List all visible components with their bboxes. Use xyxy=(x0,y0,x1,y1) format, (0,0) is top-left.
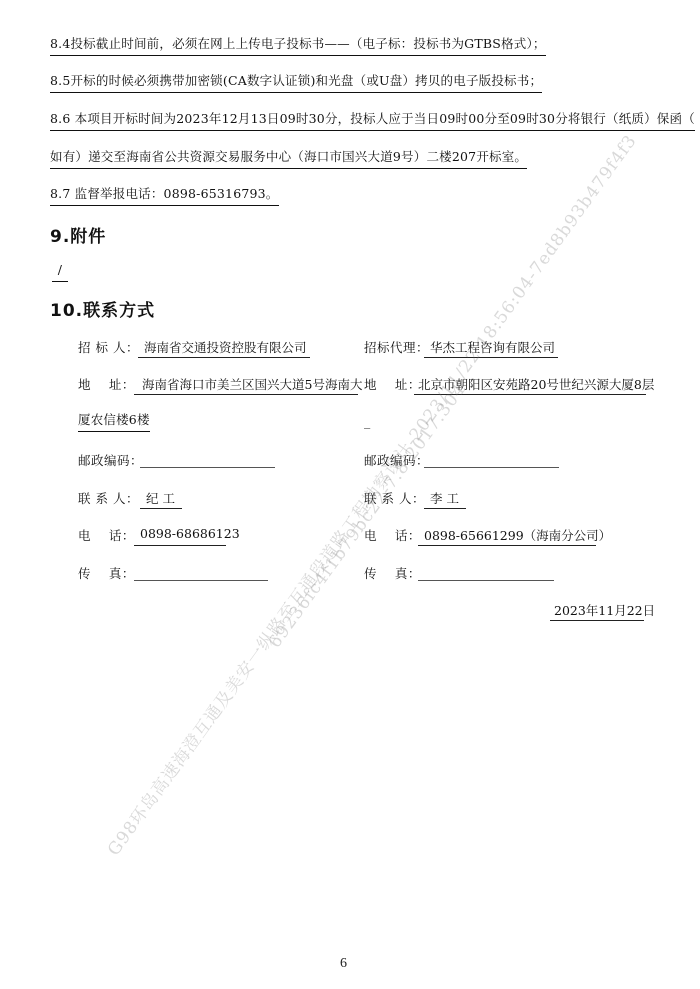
left-fax-label: 传 真： xyxy=(78,564,135,582)
section-9-content: / xyxy=(52,262,68,282)
agent-label: 招标代理： xyxy=(364,338,429,356)
tenderer-value: 海南省交通投资控股有限公司 xyxy=(138,338,310,358)
item-8-6-line1: 8.6 本项目开标时间为2023年12月13日09时30分，投标人应于当日09时… xyxy=(50,111,695,131)
section-9-title: 9.附件 xyxy=(50,222,106,247)
right-address-line2: _ xyxy=(364,414,370,430)
item-8-7: 8.7 监督举报电话：0898-65316793。 xyxy=(50,186,279,206)
right-phone-label: 电 话： xyxy=(364,526,421,544)
left-postcode-value xyxy=(140,451,275,468)
left-contact-label: 联 系 人： xyxy=(78,489,139,507)
left-phone-value: 0898-68686123 xyxy=(134,526,226,546)
right-fax-label: 传 真： xyxy=(364,564,421,582)
left-address-value-line2: 厦农信楼6楼 xyxy=(78,412,150,432)
item-8-6-line2: 如有）递交至海南省公共资源交易服务中心（海口市国兴大道9号）二楼207开标室。 xyxy=(50,149,527,169)
right-phone-value: 0898-65661299（海南分公司） xyxy=(418,526,596,546)
section-10-title: 10.联系方式 xyxy=(50,296,155,321)
right-address-label: 地 址： xyxy=(364,375,421,393)
document-page: 8.4投标截止时间前，必须在网上上传电子投标书——（电子标：投标书为GTBS格式… xyxy=(0,0,700,989)
left-address-label: 地 址： xyxy=(78,375,135,393)
item-8-5: 8.5开标的时候必须携带加密锁(CA数字认证锁)和光盘（或U盘）拷贝的电子版投标… xyxy=(50,73,542,93)
document-date: 2023年11月22日 xyxy=(550,601,644,621)
left-phone-label: 电 话： xyxy=(78,526,135,544)
item-8-4: 8.4投标截止时间前，必须在网上上传电子投标书——（电子标：投标书为GTBS格式… xyxy=(50,36,546,56)
page-number: 6 xyxy=(340,956,347,972)
right-fax-value xyxy=(418,564,554,581)
tenderer-label: 招 标 人： xyxy=(78,338,139,356)
left-fax-value xyxy=(134,564,268,581)
left-contact-value: 纪 工 xyxy=(140,489,182,509)
right-postcode-value xyxy=(424,451,559,468)
left-postcode-label: 邮政编码： xyxy=(78,451,143,469)
right-contact-value: 李 工 xyxy=(424,489,466,509)
left-address-value-line1: 海南省海口市美兰区国兴大道5号海南大 xyxy=(134,375,358,395)
